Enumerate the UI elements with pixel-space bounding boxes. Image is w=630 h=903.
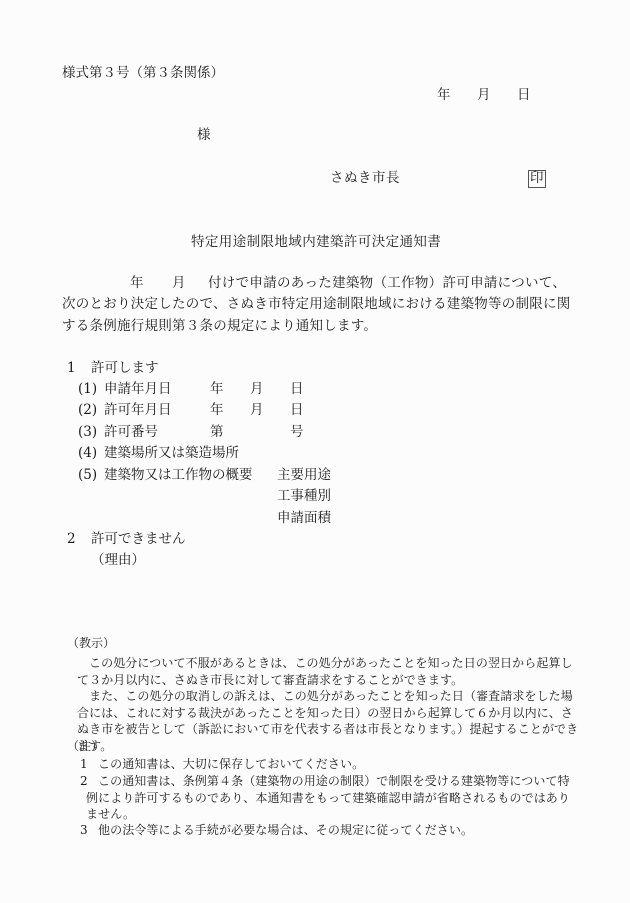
section2-label: 許可できません [91,533,186,547]
instruction-heading: （教示） [67,637,115,649]
date-year-label: 年 [437,89,451,103]
date-month-label: 月 [477,89,491,103]
item-year-label: 年 [210,383,224,397]
item-number: (3) [78,426,97,440]
instruction-paragraph-2: また、この処分の取消しの訴えは、この処分があったことを知った日（審査請求をした場… [77,688,583,754]
item-label: 建築物又は工作物の概要 [104,469,253,483]
item-prefix-label: 第 [210,426,224,440]
item-label: 許可番号 [104,426,158,440]
seal-icon: 印 [528,170,546,188]
item-label: 申請年月日 [104,383,172,397]
item-number: (1) [78,383,97,397]
note-text: この通知書は、条例第４条（建築物の用途の制限）で制限を受ける建築物等について特例… [86,773,576,823]
note-number: 3 [80,824,88,836]
item-year-label: 年 [210,404,224,418]
note-number: 1 [80,758,88,770]
seal-mark: 印 [528,170,546,188]
item-number: (4) [78,447,97,461]
item-suffix-label: 号 [290,426,304,440]
item-month-label: 月 [250,404,264,418]
item-label: 許可年月日 [104,404,172,418]
intro-line1: 付けで申請のあった建築物（工作物）許可申請について、 [208,277,566,291]
overview-area: 申請面積 [277,512,331,526]
item-day-label: 日 [290,383,304,397]
intro-line2: 次のとおり決定したので、さぬき市特定用途制限地域における建築物等の制限に関 [62,298,570,312]
intro-line3: する条例施行規則第３条の規定により通知します。 [62,320,377,334]
intro-year-label: 年 [130,277,144,291]
overview-main-use: 主要用途 [277,469,331,483]
item-day-label: 日 [290,404,304,418]
item-number: (5) [78,469,97,483]
note-text: 他の法令等による手続が必要な場合は、その規定に従ってください。 [98,822,578,839]
item-number: (2) [78,404,97,418]
intro-month-label: 月 [172,277,186,291]
section2-reason-label: （理由） [91,554,145,568]
form-number: 様式第３号（第３条関係） [62,67,224,81]
document-title: 特定用途制限地域内建築許可決定通知書 [191,236,441,250]
date-day-label: 日 [517,89,531,103]
section1-label: 許可します [91,362,159,376]
section2-number: 2 [67,533,76,547]
notes-heading: （注） [67,740,103,752]
section1-number: 1 [67,362,76,376]
instruction-paragraph-1: この処分について不服があるときは、この処分があったことを知った日の翌日から起算し… [77,655,583,688]
issuer-name: さぬき市長 [330,172,400,186]
overview-work-type: 工事種別 [277,490,331,504]
item-label: 建築場所又は築造場所 [104,447,239,461]
note-text: この通知書は、大切に保存しておいてください。 [98,756,578,773]
item-month-label: 月 [250,383,264,397]
addressee-suffix: 様 [197,129,211,143]
